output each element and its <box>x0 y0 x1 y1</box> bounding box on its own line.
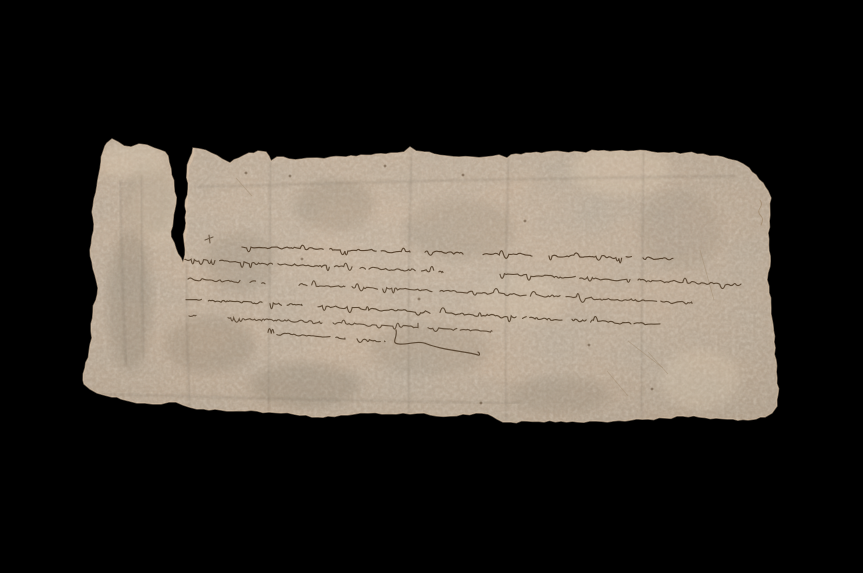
parchment-photograph <box>0 0 863 573</box>
dark-speck <box>480 402 483 405</box>
light-patch <box>475 275 565 325</box>
stain-blotch <box>165 317 255 373</box>
dark-speck <box>462 174 465 177</box>
dark-speck <box>384 165 387 168</box>
dark-speck <box>245 172 248 175</box>
stain-blotch <box>405 200 515 260</box>
dark-speck <box>418 298 421 301</box>
stain-blotch <box>370 325 490 375</box>
stain-blotch <box>510 377 610 413</box>
dark-speck <box>524 220 527 223</box>
stain-blotch <box>295 179 375 231</box>
photo-stage <box>0 0 863 573</box>
stain-blotch <box>108 230 152 370</box>
light-patch <box>660 350 740 410</box>
dark-speck <box>289 175 292 178</box>
dark-speck <box>301 258 304 261</box>
dark-speck <box>588 344 591 347</box>
dark-speck <box>651 388 654 391</box>
